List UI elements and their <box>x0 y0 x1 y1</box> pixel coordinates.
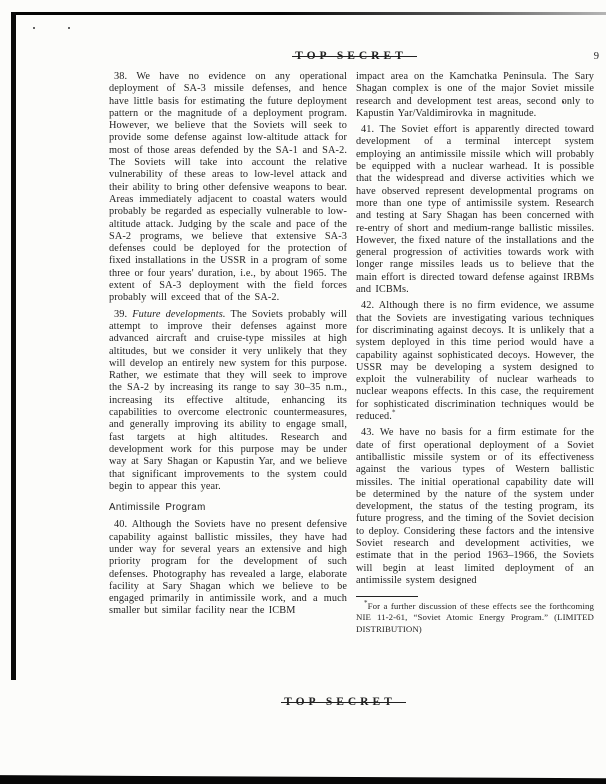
paragraph-41: 41. The Soviet effort is apparently dire… <box>356 124 594 296</box>
document-page: TOP SECRET 9 38. We have no evidence on … <box>0 0 606 784</box>
paragraph-42-text: 42. Although there is no firm evidence, … <box>356 300 594 422</box>
paragraph-40-continued: impact area on the Kamchatka Peninsula. … <box>356 71 594 120</box>
classification-footer-text: TOP SECRET <box>284 696 396 708</box>
scan-speck <box>33 27 35 29</box>
paragraph-39-text: The Soviets probably will attempt to imp… <box>109 309 347 492</box>
footnote-rule <box>356 596 418 597</box>
section-heading-antimissile-program: Antimissile Program <box>109 502 347 514</box>
scan-left-edge <box>11 12 16 680</box>
paragraph-39-lead: Future developments. <box>132 309 225 320</box>
scan-bottom-edge <box>0 771 606 784</box>
classification-footer: TOP SECRET <box>110 692 570 710</box>
footnote-text: *For a further discussion of these effec… <box>356 601 594 635</box>
footnote: *For a further discussion of these effec… <box>356 596 594 635</box>
paragraph-42: 42. Although there is no firm evidence, … <box>356 300 594 423</box>
footnote-reference-marker: * <box>392 409 396 417</box>
scan-speck <box>68 27 70 29</box>
column-left: 38. We have no evidence on any operation… <box>109 71 347 622</box>
paragraph-38: 38. We have no evidence on any operation… <box>109 71 347 305</box>
page-number: 9 <box>594 51 599 62</box>
scan-top-edge <box>12 12 606 15</box>
footnote-body: For a further discussion of these effect… <box>356 601 594 634</box>
paragraph-39: 39. Future developments. The Soviets pro… <box>109 309 347 493</box>
paragraph-43: 43. We have no basis for a firm estimate… <box>356 427 594 587</box>
column-right: impact area on the Kamchatka Peninsula. … <box>356 71 594 635</box>
paragraph-39-number: 39. <box>114 309 127 320</box>
classification-header: TOP SECRET <box>110 46 592 64</box>
classification-header-text: TOP SECRET <box>295 50 407 62</box>
paragraph-40: 40. Although the Soviets have no present… <box>109 519 347 617</box>
